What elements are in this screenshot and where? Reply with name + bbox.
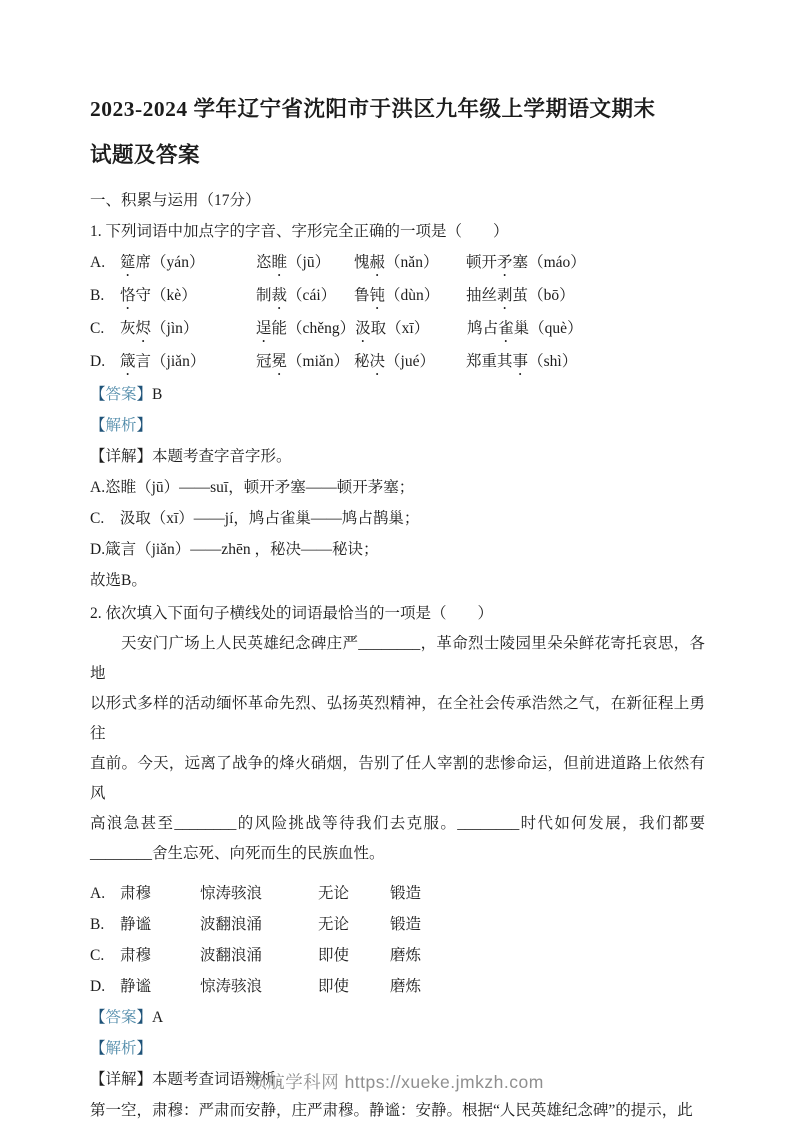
analysis-tag: 解析 (106, 417, 137, 434)
character: 恣 (256, 254, 272, 271)
character: 顿 (466, 254, 482, 271)
dotted-character: 事 (513, 353, 529, 370)
character: （ (385, 287, 401, 304)
option-row: C.灰烬（jìn）逞能（chěng）汲取（xī）鸠占雀巢（què） (90, 313, 705, 346)
character: n (416, 287, 424, 304)
option-row: B.恪守（kè）制裁（cái）鲁钝（dùn）抽丝剥茧（bō） (90, 280, 705, 313)
detail-bracket-close: 】 (137, 448, 153, 465)
option-word: 逞能（chěng） (256, 313, 355, 346)
option-row: A.肃穆惊涛骇浪无论锻造 (90, 878, 705, 909)
character: u (552, 320, 560, 337)
character: ） (321, 287, 337, 304)
option-word: 即使 (318, 971, 390, 1002)
answer-bracket-close: 】 (137, 386, 153, 403)
dotted-character: 矛 (497, 254, 513, 271)
character: （ (151, 254, 167, 271)
option-word: 无论 (318, 878, 390, 909)
passage-line: 直前。今天，远离了战争的烽火硝烟，告别了任人宰割的悲惨命运，但前进道路上依然有风 (90, 749, 705, 809)
answer-bracket-open: 【 (90, 1009, 106, 1026)
option-word: 鲁钝（dùn） (354, 280, 466, 313)
dotted-character: 恪 (120, 287, 136, 304)
character: （ (287, 320, 303, 337)
character: 其 (497, 353, 513, 370)
answer-bracket-open: 【 (90, 386, 106, 403)
character: （ (529, 320, 545, 337)
option-word: 秘决（jué） (354, 346, 466, 379)
option-word: 锻造 (390, 909, 421, 940)
question2-options: A.肃穆惊涛骇浪无论锻造B.静谧波翻浪涌无论锻造C.肃穆波翻浪涌即使磨炼D.静谧… (90, 878, 705, 1002)
page-title-line2: 试题及答案 (90, 132, 705, 178)
page-title-line1: 2023-2024 学年辽宁省沈阳市于洪区九年级上学期语文期末 (90, 86, 705, 132)
character: （ (151, 353, 167, 370)
character: （ (385, 353, 401, 370)
analysis-line: C. 汲取（xī）——jí，鸠占雀巢——鸠占鹊巢； (90, 503, 705, 534)
option-row: A.筵席（yán）恣睢（jū）愧赧（nǎn）顿开矛塞（máo） (90, 247, 705, 280)
option-label: D. (90, 346, 120, 379)
character: ） (183, 320, 199, 337)
option-word: 恣睢（jū） (256, 247, 354, 280)
option-row: B.静谧波翻浪涌无论锻造 (90, 909, 705, 940)
question2-passage: 天安门广场上人民英雄纪念碑庄严________，革命烈士陵园里朵朵鲜花寄托哀思，… (90, 629, 705, 869)
dotted-character: 烬 (136, 320, 152, 337)
character: g (332, 320, 340, 337)
option-word: 惊涛骇浪 (200, 878, 318, 909)
analysis-line: D.箴言（jiǎn）——zhēn ，秘决——秘诀； (90, 534, 705, 565)
character: ） (315, 254, 331, 271)
dotted-character: 冕 (272, 353, 288, 370)
dotted-character: 决 (370, 353, 386, 370)
question2-block: 2. 依次填入下面句子横线处的词语最恰当的一项是（ ） 天安门广场上人民英雄纪念… (90, 598, 705, 1122)
passage-line: 天安门广场上人民英雄纪念碑庄严________，革命烈士陵园里朵朵鲜花寄托哀思，… (90, 629, 705, 689)
character: 能 (272, 320, 288, 337)
option-word: 惊涛骇浪 (200, 971, 318, 1002)
character: ） (423, 254, 439, 271)
character: n (324, 320, 332, 337)
question1-analysis-line: 【解析】 (90, 410, 705, 441)
question1-detail-intro: 本题考查字音字形。 (152, 448, 292, 465)
question1-analysis-lines: A.恣睢（jū）——suī，顿开矛塞——顿开茅塞；C. 汲取（xī）——jí，鸠… (90, 472, 705, 596)
analysis-line: A.恣睢（jū）——suī，顿开矛塞——顿开茅塞； (90, 472, 705, 503)
character: （ (151, 287, 167, 304)
character: u (405, 353, 413, 370)
option-row: D.静谧惊涛骇浪即使磨炼 (90, 971, 705, 1002)
character: m (303, 353, 315, 370)
analysis-bracket-close: 】 (137, 417, 153, 434)
passage-line: ________舍生忘死、向死而生的民族血性。 (90, 839, 705, 869)
character: n (175, 320, 183, 337)
character: （ (151, 320, 167, 337)
document-content: 2023-2024 学年辽宁省沈阳市于洪区九年级上学期语文期末 试题及答案 一、… (90, 86, 705, 1122)
character: （ (528, 254, 544, 271)
question1-stem: 1. 下列词语中加点字的字音、字形完全正确的一项是（ ） (90, 216, 705, 247)
question1-options: A.筵席（yán）恣睢（jū）愧赧（nǎn）顿开矛塞（máo）B.恪守（kè）制… (90, 247, 705, 379)
question2-stem: 2. 依次填入下面句子横线处的词语最恰当的一项是（ ） (90, 598, 705, 629)
option-word: 静谧 (120, 971, 200, 1002)
character: 重 (482, 353, 498, 370)
dotted-character: 剥 (497, 287, 513, 304)
dotted-character: 雀 (498, 320, 514, 337)
character: （ (385, 254, 401, 271)
watermark-footer: 领航学科网 https://xueke.jmkzh.com (0, 1069, 793, 1094)
character: 冠 (256, 353, 272, 370)
option-word: 汲取（xī） (355, 313, 467, 346)
character: ） (570, 254, 586, 271)
character: é (413, 353, 420, 370)
option-word: 郑重其事（shì） (466, 346, 577, 379)
character: ō (551, 287, 559, 304)
character: m (544, 254, 556, 271)
character: 秘 (354, 353, 370, 370)
analysis-line: 故选B。 (90, 565, 705, 596)
document-page: 2023-2024 学年辽宁省沈阳市于洪区九年级上学期语文期末 试题及答案 一、… (0, 0, 793, 1122)
question2-answer-line: 【答案】A (90, 1002, 705, 1033)
character: 抽 (466, 287, 482, 304)
character: n (182, 353, 190, 370)
option-label: A. (90, 247, 120, 280)
dotted-character: 赧 (370, 254, 386, 271)
question1-detail-line: 【详解】本题考查字音字形。 (90, 441, 705, 472)
option-row: C.肃穆波翻浪涌即使磨炼 (90, 940, 705, 971)
character: ） (189, 254, 205, 271)
analysis-bracket-open: 【 (90, 1040, 106, 1057)
character: （ (287, 287, 303, 304)
character: ） (567, 320, 583, 337)
detail-tag: 详解 (106, 448, 137, 465)
character: 开 (482, 254, 498, 271)
character: 占 (483, 320, 499, 337)
option-word: 鸠占雀巢（què） (467, 313, 582, 346)
character: ） (181, 287, 197, 304)
answer-bracket-close: 】 (137, 1009, 153, 1026)
character: ） (334, 353, 350, 370)
character: á (556, 254, 563, 271)
character: 丝 (482, 287, 498, 304)
option-word: 制裁（cái） (256, 280, 354, 313)
character: （ (386, 320, 402, 337)
option-word: 肃穆 (120, 878, 200, 909)
option-word: 冠冕（miǎn） (256, 346, 354, 379)
option-word: 顿开矛塞（máo） (466, 247, 586, 280)
option-word: 即使 (318, 940, 390, 971)
passage-line: 以形式多样的活动缅怀革命先烈、弘扬英烈精神，在全社会传承浩然之气，在新征程上勇往 (90, 689, 705, 749)
option-word: 愧赧（nǎn） (354, 247, 466, 280)
option-word: 恪守（kè） (120, 280, 256, 313)
question1-answer-value: B (152, 386, 162, 403)
option-word: 磨炼 (390, 971, 421, 1002)
character: 席 (136, 254, 152, 271)
character: ） (340, 320, 356, 337)
character: 愧 (354, 254, 370, 271)
character: ） (190, 353, 206, 370)
analysis-line: 第一空，肃穆：严肃而安静，庄严肃穆。静谧：安静。根据“人民英雄纪念碑”的提示，此 (90, 1095, 705, 1122)
character: （ (528, 353, 544, 370)
question2-answer-value: A (152, 1009, 163, 1026)
option-word: 箴言（jiǎn） (120, 346, 256, 379)
option-row: D.箴言（jiǎn）冠冕（miǎn）秘决（jué）郑重其事（shì） (90, 346, 705, 379)
dotted-character: 逞 (256, 320, 272, 337)
option-label: C. (90, 940, 120, 971)
character: ǎ (319, 353, 326, 370)
character: 郑 (466, 353, 482, 370)
character: 言 (136, 353, 152, 370)
character: （ (528, 287, 544, 304)
option-label: D. (90, 971, 120, 1002)
answer-tag: 答案 (106, 1009, 137, 1026)
dotted-character: 裁 (272, 287, 288, 304)
option-label: B. (90, 280, 120, 313)
character: 鲁 (354, 287, 370, 304)
character: 取 (371, 320, 387, 337)
question1-answer-line: 【答案】B (90, 379, 705, 410)
character: ū (307, 254, 315, 271)
analysis-bracket-open: 【 (90, 417, 106, 434)
detail-bracket-open: 【 (90, 448, 106, 465)
option-word: 抽丝剥茧（bō） (466, 280, 575, 313)
character: n (181, 254, 189, 271)
character: 巢 (514, 320, 530, 337)
analysis-bracket-close: 】 (137, 1040, 153, 1057)
option-word: 筵席（yán） (120, 247, 256, 280)
option-word: 波翻浪涌 (200, 909, 318, 940)
character: ） (559, 287, 575, 304)
character: 灰 (120, 320, 136, 337)
section-heading: 一、积累与运用（17分） (90, 185, 705, 216)
option-word: 无论 (318, 909, 390, 940)
answer-tag: 答案 (106, 386, 137, 403)
dotted-character: 箴 (120, 353, 136, 370)
option-word: 肃穆 (120, 940, 200, 971)
character: （ (287, 254, 303, 271)
character: ） (420, 353, 436, 370)
dotted-character: 汲 (355, 320, 371, 337)
option-word: 静谧 (120, 909, 200, 940)
character: ） (424, 287, 440, 304)
page-title: 2023-2024 学年辽宁省沈阳市于洪区九年级上学期语文期末 试题及答案 (90, 86, 705, 178)
passage-line: 高浪急甚至________的风险挑战等待我们去克服。________时代如何发展… (90, 809, 705, 839)
option-word: 灰烬（jìn） (120, 313, 256, 346)
character: 塞 (513, 254, 529, 271)
question2-analysis-lines: 第一空，肃穆：严肃而安静，庄严肃穆。静谧：安静。根据“人民英雄纪念碑”的提示，此 (90, 1095, 705, 1122)
dotted-character: 筵 (120, 254, 136, 271)
option-word: 磨炼 (390, 940, 421, 971)
character: ） (414, 320, 430, 337)
character: ） (562, 353, 578, 370)
character: n (326, 353, 334, 370)
character: （ (287, 353, 303, 370)
analysis-tag: 解析 (106, 1040, 137, 1057)
character: 茧 (513, 287, 529, 304)
option-label: A. (90, 878, 120, 909)
character: 制 (256, 287, 272, 304)
dotted-character: 睢 (272, 254, 288, 271)
character: ù (408, 287, 416, 304)
dotted-character: 钝 (370, 287, 386, 304)
character: 鸠 (467, 320, 483, 337)
option-label: B. (90, 909, 120, 940)
question2-analysis-line: 【解析】 (90, 1033, 705, 1064)
option-label: C. (90, 313, 120, 346)
character: 守 (136, 287, 152, 304)
option-word: 波翻浪涌 (200, 940, 318, 971)
character: n (415, 254, 423, 271)
option-word: 锻造 (390, 878, 421, 909)
